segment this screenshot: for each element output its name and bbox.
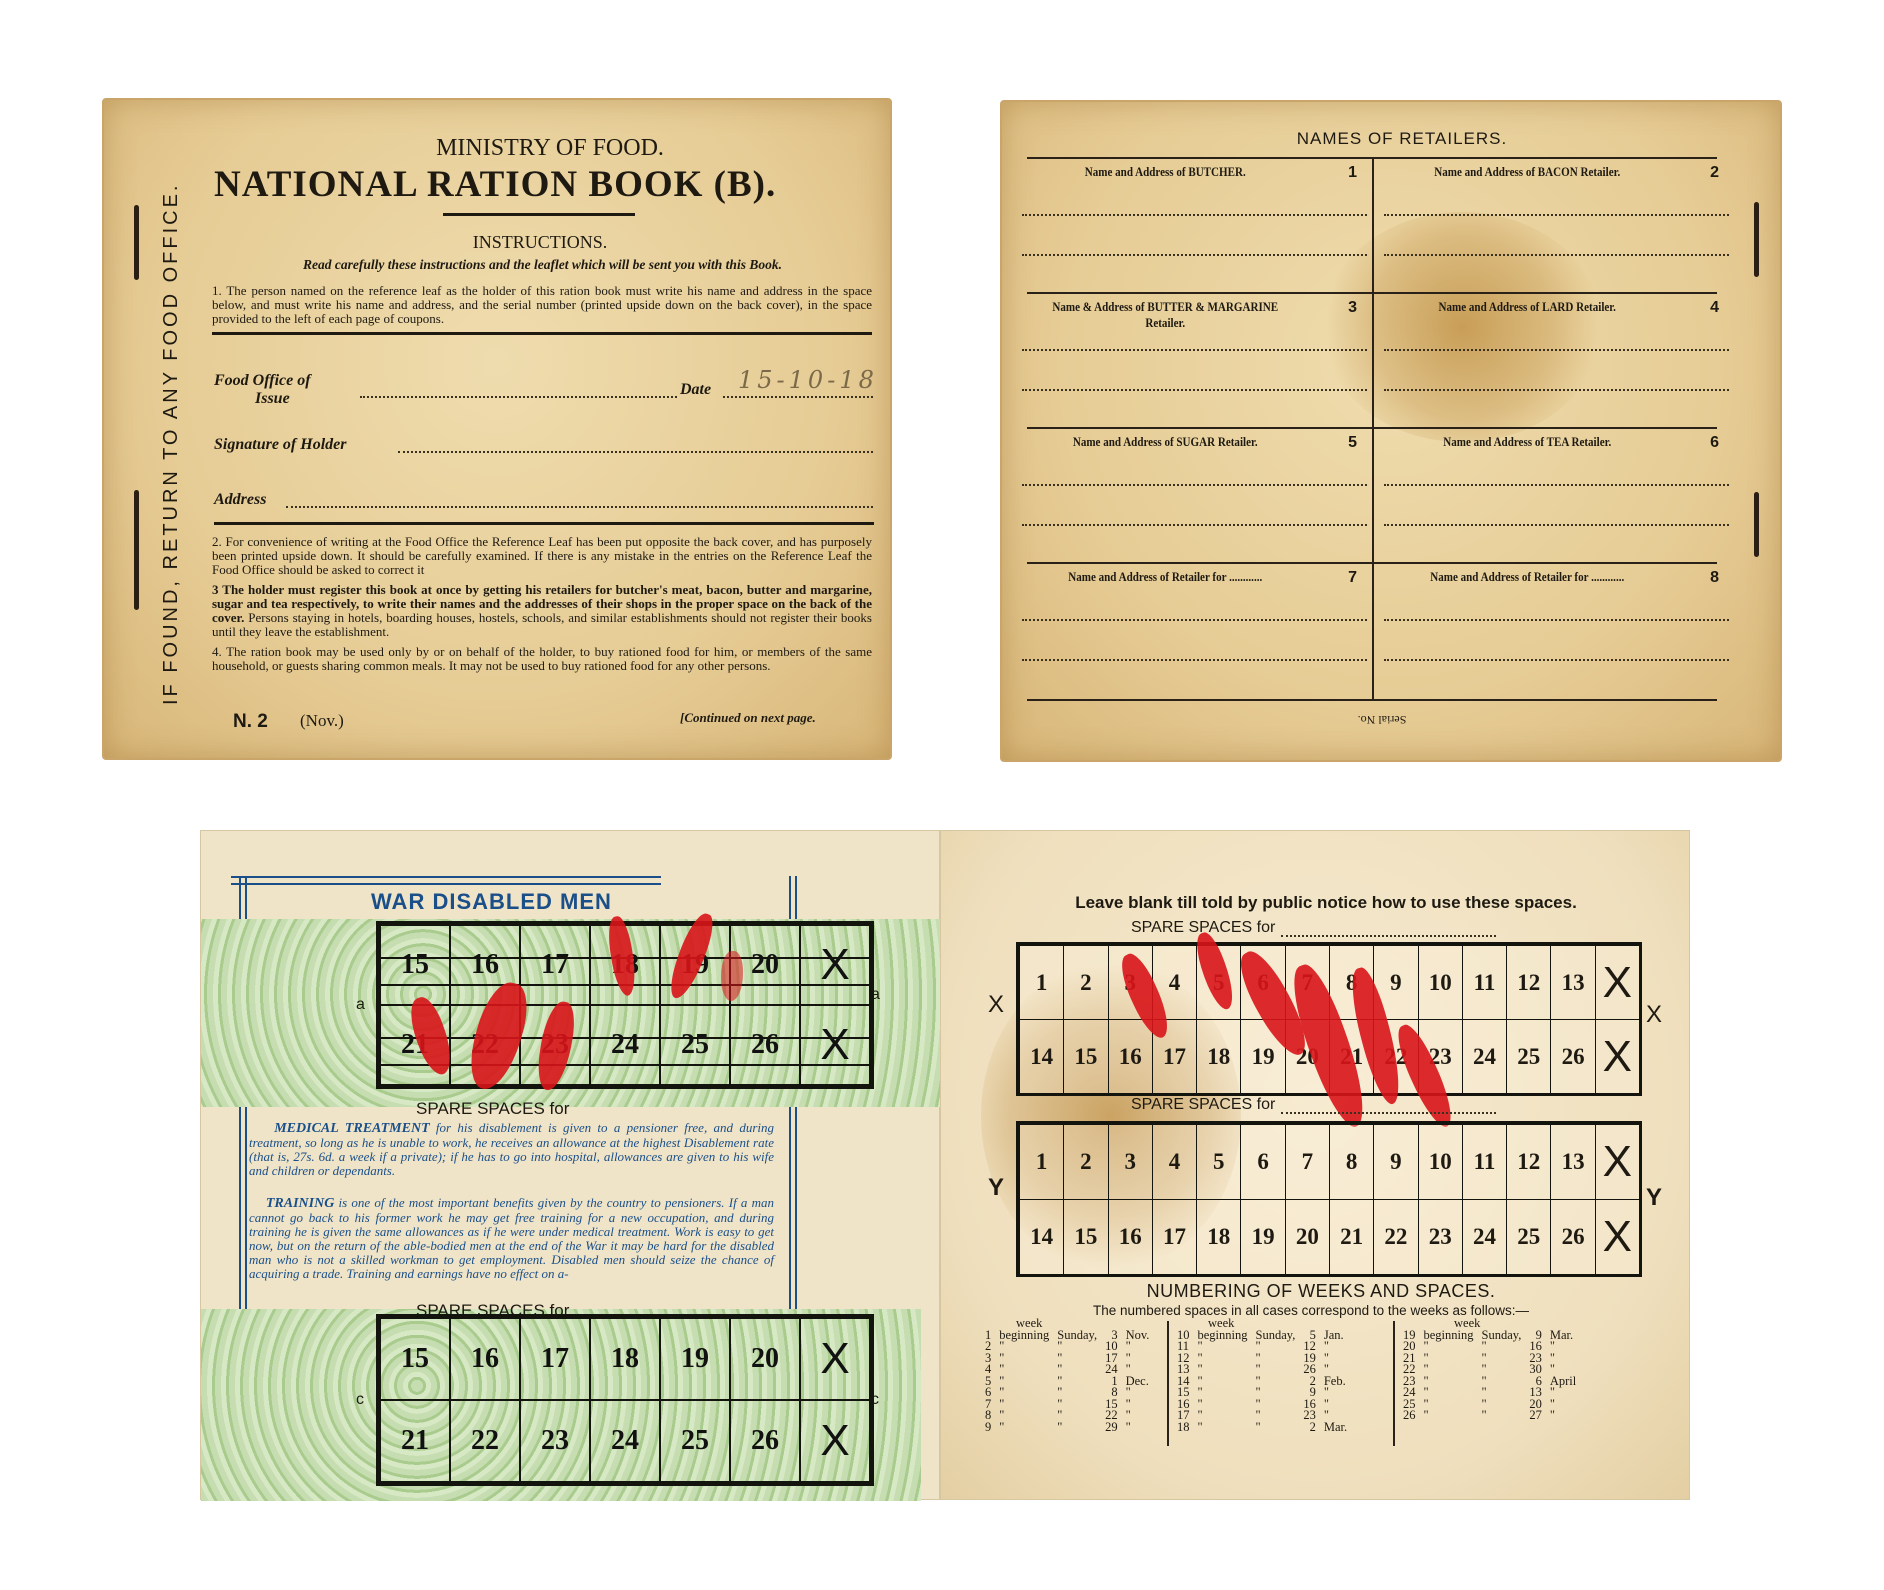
title-underline xyxy=(443,213,635,216)
retailer-label: Name and Address of LARD Retailer. xyxy=(1404,299,1651,315)
space-5[interactable]: 5 xyxy=(1196,1124,1240,1199)
back-cover-retailers: NAMES OF RETAILERS. Name and Address of … xyxy=(1000,100,1782,762)
retailer-label: Name and Address of TEA Retailer. xyxy=(1404,434,1651,450)
read-carefully-note: Read carefully these instructions and th… xyxy=(210,257,875,273)
signature-field[interactable] xyxy=(398,443,873,453)
retailer-label: Name & Address of BUTTER & MARGARINE Ret… xyxy=(1042,299,1289,331)
retailer-address-field[interactable] xyxy=(1384,524,1729,526)
retailer-name-field[interactable] xyxy=(1384,214,1729,216)
space-24[interactable]: 24 xyxy=(1462,1199,1506,1274)
blue-frame xyxy=(231,876,661,885)
space-8[interactable]: 8 xyxy=(1329,1124,1373,1199)
space-4[interactable]: 4 xyxy=(1152,1124,1196,1199)
space-12[interactable]: 12 xyxy=(1506,945,1550,1019)
retailer-number: 2 xyxy=(1710,164,1719,182)
retailer-name-field[interactable] xyxy=(1384,619,1729,621)
space-25[interactable]: 25 xyxy=(1506,1199,1550,1274)
space-22[interactable]: 22 xyxy=(1373,1199,1417,1274)
spare-spaces-field-x[interactable] xyxy=(1281,931,1496,937)
retailer-cell-other-8: Name and Address of Retailer for .......… xyxy=(1384,569,1729,704)
retailer-address-field[interactable] xyxy=(1384,254,1729,256)
space-18[interactable]: 18 xyxy=(1196,1199,1240,1274)
numbering-heading: NUMBERING OF WEEKS AND SPACES. xyxy=(1041,1281,1601,1302)
space-1[interactable]: 1 xyxy=(1019,1124,1063,1199)
week-cell: 26 xyxy=(1399,1410,1420,1422)
coupon-grid-c: 15 16 17 18 19 20 X 21 22 23 24 25 26 X xyxy=(376,1314,874,1486)
coupon-25[interactable]: 25 xyxy=(660,1400,730,1482)
space-26[interactable]: 26 xyxy=(1550,1199,1594,1274)
space-25[interactable]: 25 xyxy=(1506,1019,1550,1093)
space-18[interactable]: 18 xyxy=(1196,1019,1240,1093)
binding-stitch xyxy=(1754,202,1759,277)
retailer-address-field[interactable] xyxy=(1022,389,1367,391)
week-cell: 18 xyxy=(1173,1422,1194,1434)
retailer-address-field[interactable] xyxy=(1384,389,1729,391)
space-10[interactable]: 10 xyxy=(1418,1124,1462,1199)
retailer-name-field[interactable] xyxy=(1022,349,1367,351)
retailer-number: 1 xyxy=(1348,164,1357,182)
space-2[interactable]: 2 xyxy=(1063,1124,1107,1199)
retailer-number: 8 xyxy=(1710,569,1719,587)
signature-label: Signature of Holder xyxy=(214,436,346,454)
coupon-17[interactable]: 17 xyxy=(520,1318,590,1400)
space-x[interactable]: X xyxy=(1595,945,1639,1019)
spare-grid-y: 1 2 3 4 5 6 7 8 9 10 11 12 13 X 14 15 16… xyxy=(1016,1121,1642,1277)
coupon-24[interactable]: 24 xyxy=(590,1400,660,1482)
week-table-divider xyxy=(1393,1321,1395,1446)
binding-stitch xyxy=(1754,492,1759,557)
space-x[interactable]: X xyxy=(1595,1124,1639,1199)
space-16[interactable]: 16 xyxy=(1108,1199,1152,1274)
food-office-label: Food Office of xyxy=(214,372,311,390)
coupon-page-left: WAR DISABLED MEN a a 15 16 17 18 19 20 X… xyxy=(200,830,940,1500)
training-text: TRAINING is one of the most important be… xyxy=(249,1196,774,1281)
return-notice-vertical: IF FOUND, RETURN TO ANY FOOD OFFICE. xyxy=(160,183,183,705)
space-11[interactable]: 11 xyxy=(1462,945,1506,1019)
retailer-address-field[interactable] xyxy=(1022,524,1367,526)
retailers-center-rule xyxy=(1372,159,1374,699)
space-3[interactable]: 3 xyxy=(1108,1124,1152,1199)
retailer-number: 3 xyxy=(1348,299,1357,317)
retailer-name-field[interactable] xyxy=(1022,484,1367,486)
coupon-17[interactable]: 17 xyxy=(520,925,590,1005)
week-table-1: week 1beginningSunday,3Nov.2""10"3""17"4… xyxy=(981,1318,1153,1433)
coupon-page-right: Leave blank till told by public notice h… xyxy=(940,830,1690,1500)
space-9[interactable]: 9 xyxy=(1373,1124,1417,1199)
week-cell: 29 xyxy=(1101,1422,1122,1434)
instructions-heading: INSTRUCTIONS. xyxy=(440,232,640,253)
retailer-number: 7 xyxy=(1348,569,1357,587)
date-handwritten: 15-10-18 xyxy=(738,366,878,394)
retailer-address-field[interactable] xyxy=(1384,659,1729,661)
retailer-cell-lard: Name and Address of LARD Retailer. 4 xyxy=(1384,299,1729,434)
space-26[interactable]: 26 xyxy=(1550,1019,1594,1093)
instruction-1-text: 1. The person named on the reference lea… xyxy=(212,284,872,326)
training-heading: TRAINING xyxy=(266,1196,334,1211)
retailer-label: Name and Address of Retailer for .......… xyxy=(1042,569,1289,585)
week-cell: 2 xyxy=(1299,1422,1320,1434)
week-cell: " xyxy=(1478,1410,1526,1422)
retailer-address-field[interactable] xyxy=(1022,659,1367,661)
form-number: N. 2 xyxy=(233,711,268,733)
divider xyxy=(212,332,872,335)
binding-stitch xyxy=(134,205,139,280)
retailer-label: Name and Address of BACON Retailer. xyxy=(1404,164,1651,180)
space-x[interactable]: X xyxy=(1595,1019,1639,1093)
space-20[interactable]: 20 xyxy=(1285,1199,1329,1274)
coupon-15[interactable]: 15 xyxy=(380,925,450,1005)
coupon-20[interactable]: 20 xyxy=(730,1318,800,1400)
form-date: (Nov.) xyxy=(300,711,344,731)
serial-number-label: Serial No. xyxy=(1342,712,1422,727)
retailer-label: Name and Address of Retailer for .......… xyxy=(1404,569,1651,585)
retailer-number: 6 xyxy=(1710,434,1719,452)
retailer-name-field[interactable] xyxy=(1022,214,1367,216)
retailer-cell-tea: Name and Address of TEA Retailer. 6 xyxy=(1384,434,1729,569)
retailer-name-field[interactable] xyxy=(1384,484,1729,486)
space-15[interactable]: 15 xyxy=(1063,1199,1107,1274)
coupon-25[interactable]: 25 xyxy=(660,1005,730,1085)
week-cell: " xyxy=(1053,1422,1101,1434)
retailer-name-field[interactable] xyxy=(1384,349,1729,351)
space-7[interactable]: 7 xyxy=(1285,1124,1329,1199)
coupon-x[interactable]: X xyxy=(800,1005,870,1085)
coupon-x[interactable]: X xyxy=(800,1400,870,1482)
week-row: 26""27" xyxy=(1399,1410,1580,1422)
retailer-cell-butcher: Name and Address of BUTCHER. 1 xyxy=(1022,164,1367,299)
coupon-x[interactable]: X xyxy=(800,1318,870,1400)
space-19[interactable]: 19 xyxy=(1240,1199,1284,1274)
space-14[interactable]: 14 xyxy=(1019,1019,1063,1093)
space-21[interactable]: 21 xyxy=(1329,1199,1373,1274)
row-y-right-label: Y xyxy=(1646,1184,1662,1212)
coupon-15[interactable]: 15 xyxy=(380,1318,450,1400)
row-x-right-label: X xyxy=(1646,1001,1662,1029)
space-11[interactable]: 11 xyxy=(1462,1124,1506,1199)
week-cell: " xyxy=(1194,1422,1252,1434)
week-row: 18""2Mar. xyxy=(1173,1422,1351,1434)
retailer-name-field[interactable] xyxy=(1022,619,1367,621)
week-cell: " xyxy=(1546,1410,1580,1422)
retailer-cell-sugar: Name and Address of SUGAR Retailer. 5 xyxy=(1022,434,1367,569)
address-field[interactable] xyxy=(286,498,873,508)
medical-treatment-text: MEDICAL TREATMENT for his disablement is… xyxy=(249,1121,774,1178)
instruction-1: 1. The person named on the reference lea… xyxy=(212,284,872,332)
divider xyxy=(214,522,874,525)
spare-spaces-label: SPARE SPACES for xyxy=(416,1099,569,1119)
address-label: Address xyxy=(214,491,266,509)
war-disabled-heading: WAR DISABLED MEN xyxy=(371,889,612,915)
row-x-left-label: X xyxy=(988,991,1004,1019)
book-title: NATIONAL RATION BOOK (B). xyxy=(214,163,894,206)
food-office-field[interactable] xyxy=(360,388,677,398)
coupon-21[interactable]: 21 xyxy=(380,1400,450,1482)
space-14[interactable]: 14 xyxy=(1019,1199,1063,1274)
instructions-2-4: 2. For convenience of writing at the Foo… xyxy=(212,535,872,679)
binding-stitch xyxy=(134,490,139,610)
week-cell: " xyxy=(1252,1422,1300,1434)
spare-spaces-field-y[interactable] xyxy=(1281,1108,1496,1114)
coupon-24[interactable]: 24 xyxy=(590,1005,660,1085)
instruction-4-text: 4. The ration book may be used only by o… xyxy=(212,645,872,673)
leave-blank-notice: Leave blank till told by public notice h… xyxy=(1011,893,1641,913)
numbering-subheading: The numbered spaces in all cases corresp… xyxy=(1031,1303,1591,1318)
ministry-heading: MINISTRY OF FOOD. xyxy=(400,135,700,162)
coupon-22[interactable]: 22 xyxy=(450,1400,520,1482)
week-cell: " xyxy=(1122,1422,1154,1434)
space-24[interactable]: 24 xyxy=(1462,1019,1506,1093)
space-2[interactable]: 2 xyxy=(1063,945,1107,1019)
week-cell: " xyxy=(1420,1410,1478,1422)
retailer-label: Name and Address of BUTCHER. xyxy=(1042,164,1289,180)
coupon-26[interactable]: 26 xyxy=(730,1005,800,1085)
continued-note: [Continued on next page. xyxy=(680,710,816,726)
retailer-address-field[interactable] xyxy=(1022,254,1367,256)
retailer-cell-other-7: Name and Address of Retailer for .......… xyxy=(1022,569,1367,704)
week-table-divider xyxy=(1167,1321,1169,1446)
retailer-cell-bacon: Name and Address of BACON Retailer. 2 xyxy=(1384,164,1729,299)
coupon-x[interactable]: X xyxy=(800,925,870,1005)
coupon-16[interactable]: 16 xyxy=(450,1318,520,1400)
week-cell: " xyxy=(995,1422,1053,1434)
space-13[interactable]: 13 xyxy=(1550,945,1594,1019)
week-table-2: week 10beginningSunday,5Jan.11""12"12""1… xyxy=(1173,1318,1351,1433)
retailer-number: 4 xyxy=(1710,299,1719,317)
retailers-heading: NAMES OF RETAILERS. xyxy=(1202,129,1602,149)
week-cell: Mar. xyxy=(1320,1422,1351,1434)
coupon-19[interactable]: 19 xyxy=(660,1318,730,1400)
spare-spaces-label-y: SPARE SPACES for xyxy=(1131,1096,1275,1114)
row-c-left-label: c xyxy=(356,1391,364,1409)
space-x[interactable]: X xyxy=(1595,1199,1639,1274)
issue-label: Issue xyxy=(255,390,290,408)
week-cell: 27 xyxy=(1525,1410,1546,1422)
week-cell: 9 xyxy=(981,1422,995,1434)
instruction-3-rest: Persons staying in hotels, boarding hous… xyxy=(212,610,872,639)
coupon-23[interactable]: 23 xyxy=(520,1400,590,1482)
space-1[interactable]: 1 xyxy=(1019,945,1063,1019)
space-15[interactable]: 15 xyxy=(1063,1019,1107,1093)
date-label: Date xyxy=(680,381,711,399)
space-16[interactable]: 16 xyxy=(1108,1019,1152,1093)
space-10[interactable]: 10 xyxy=(1418,945,1462,1019)
retailer-label: Name and Address of SUGAR Retailer. xyxy=(1042,434,1289,450)
row-a-left-label: a xyxy=(356,996,365,1014)
retailer-cell-butter-margarine: Name & Address of BUTTER & MARGARINE Ret… xyxy=(1022,299,1367,434)
space-23[interactable]: 23 xyxy=(1418,1199,1462,1274)
space-17[interactable]: 17 xyxy=(1152,1199,1196,1274)
week-row: 9""29" xyxy=(981,1422,1153,1434)
retailer-number: 5 xyxy=(1348,434,1357,452)
space-6[interactable]: 6 xyxy=(1240,1124,1284,1199)
space-13[interactable]: 13 xyxy=(1550,1124,1594,1199)
space-12[interactable]: 12 xyxy=(1506,1124,1550,1199)
instruction-3-text: 3 The holder must register this book at … xyxy=(212,583,872,639)
coupon-18[interactable]: 18 xyxy=(590,1318,660,1400)
instruction-2-text: 2. For convenience of writing at the Foo… xyxy=(212,535,872,577)
medical-heading: MEDICAL TREATMENT xyxy=(274,1121,429,1136)
coupon-26[interactable]: 26 xyxy=(730,1400,800,1482)
row-y-left-label: Y xyxy=(988,1174,1004,1202)
week-table-3: week 19beginningSunday,9Mar.20""16"21""2… xyxy=(1399,1318,1580,1422)
